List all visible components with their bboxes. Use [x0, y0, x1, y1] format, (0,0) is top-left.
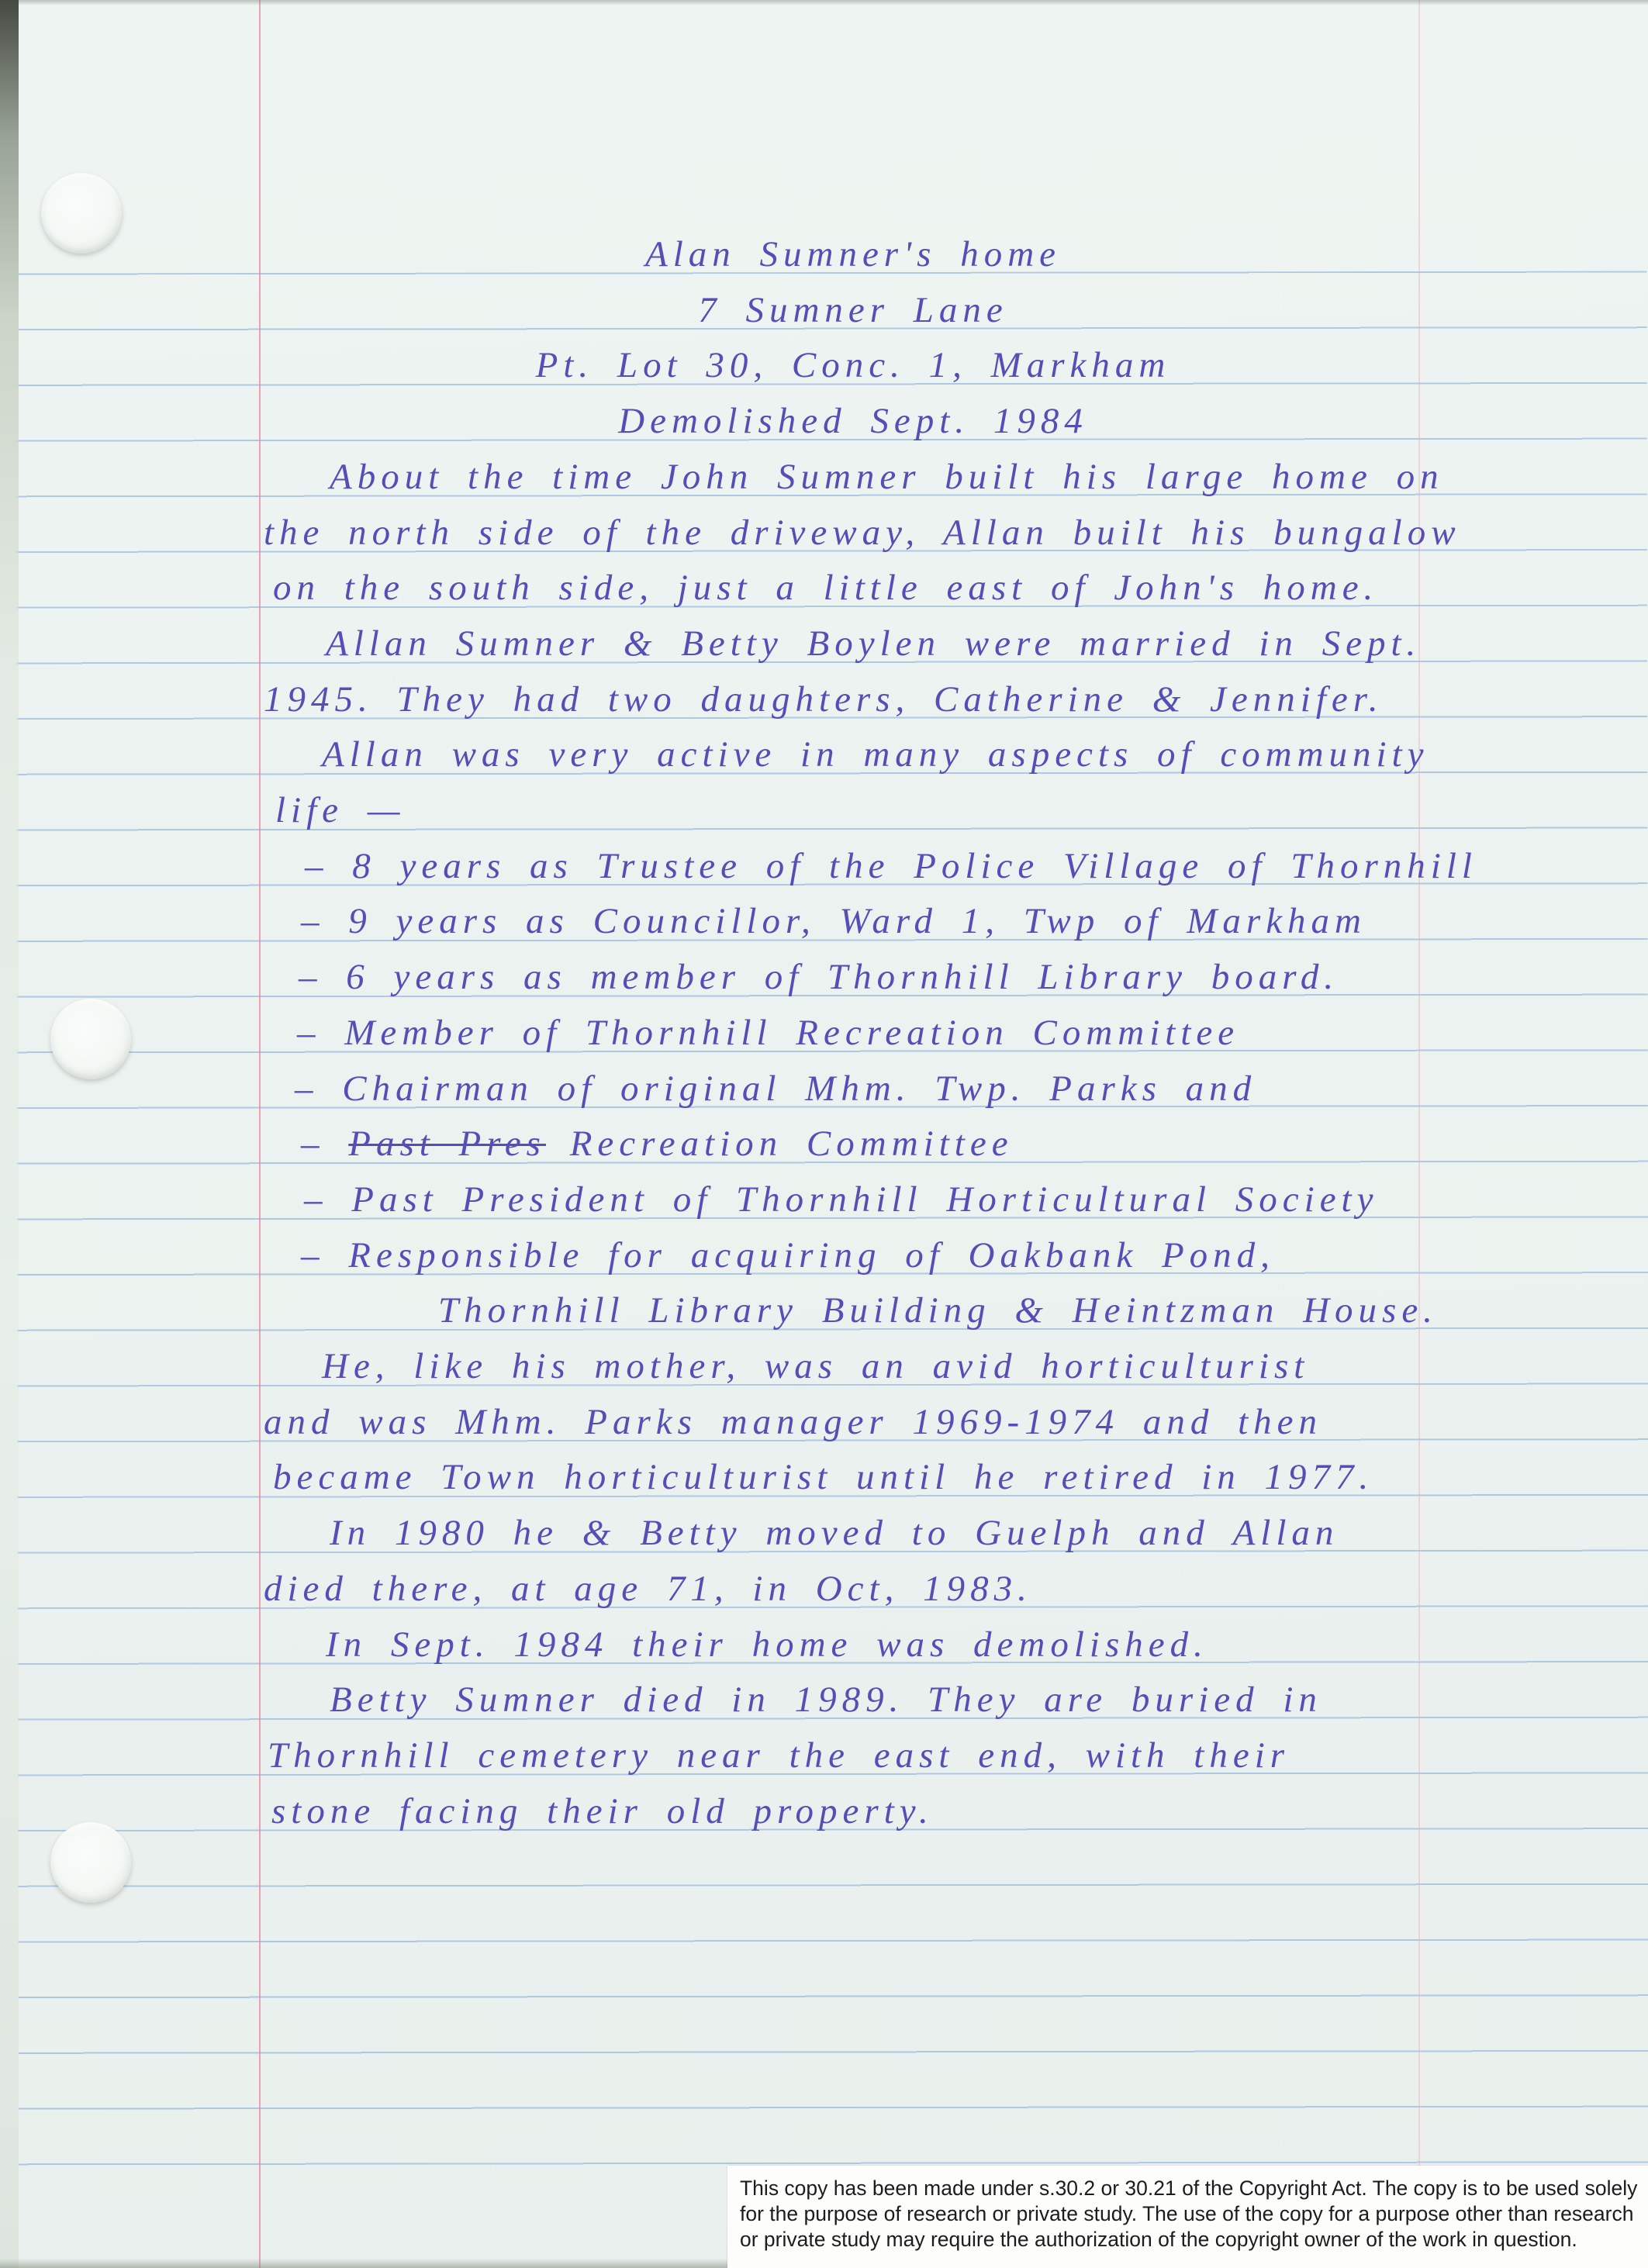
copyright-line: This copy has been made under s.30.2 or …: [740, 2176, 1640, 2201]
handwritten-text: and was Mhm. Parks manager 1969-1974 and…: [264, 1402, 1322, 1442]
copyright-notice: This copy has been made under s.30.2 or …: [727, 2166, 1648, 2268]
handwritten-text: In 1980 he & Betty moved to Guelph and A…: [330, 1513, 1339, 1553]
handwriting-line: died there, at age 71, in Oct, 1983.: [264, 1564, 1032, 1614]
handwritten-text: became Town horticulturist until he reti…: [273, 1457, 1373, 1497]
handwriting-line: – Past President of Thornhill Horticultu…: [304, 1175, 1378, 1224]
handwritten-text: He, like his mother, was an avid horticu…: [322, 1346, 1309, 1386]
handwriting-line: and was Mhm. Parks manager 1969-1974 and…: [264, 1397, 1322, 1447]
handwriting-line: Allan Sumner & Betty Boylen were married…: [326, 619, 1421, 668]
handwritten-text: 7 Sumner Lane: [698, 290, 1008, 330]
handwritten-text: – Past President of Thornhill Horticultu…: [304, 1179, 1378, 1220]
handwriting-line: Pt. Lot 30, Conc. 1, Markham: [264, 340, 1442, 390]
handwritten-text: Alan Sumner's home: [645, 234, 1061, 274]
handwritten-text: 1945. They had two daughters, Catherine …: [264, 679, 1384, 720]
handwritten-text: Demolished Sept. 1984: [618, 401, 1088, 441]
struck-text: Past Pres: [348, 1124, 546, 1164]
handwritten-text: – 6 years as member of Thornhill Library…: [299, 957, 1339, 997]
handwriting-line: In Sept. 1984 their home was demolished.: [326, 1620, 1208, 1669]
handwritten-text: stone facing their old property.: [271, 1791, 934, 1831]
handwritten-text: the north side of the driveway, Allan bu…: [264, 513, 1461, 553]
handwriting-line: Betty Sumner died in 1989. They are buri…: [330, 1675, 1322, 1724]
handwriting-line: on the south side, just a little east of…: [273, 563, 1378, 613]
handwritten-text: – Member of Thornhill Recreation Committ…: [297, 1013, 1239, 1053]
handwritten-text: Pt. Lot 30, Conc. 1, Markham: [536, 345, 1171, 385]
copyright-line: for the purpose of research or private s…: [740, 2201, 1640, 2227]
handwritten-text: – Responsible for acquiring of Oakbank P…: [301, 1235, 1275, 1276]
handwriting-line: Demolished Sept. 1984: [264, 396, 1442, 446]
handwriting-line: became Town horticulturist until he reti…: [273, 1452, 1373, 1502]
handwriting-line: 1945. They had two daughters, Catherine …: [264, 675, 1384, 724]
handwritten-text: Betty Sumner died in 1989. They are buri…: [330, 1679, 1322, 1720]
handwriting-line: – Past Pres Recreation Committee: [301, 1119, 1014, 1169]
handwritten-text: Allan Sumner & Betty Boylen were married…: [326, 623, 1421, 664]
handwritten-text: – Chairman of original Mhm. Twp. Parks a…: [295, 1068, 1256, 1109]
handwriting-line: In 1980 he & Betty moved to Guelph and A…: [330, 1508, 1339, 1558]
handwritten-text: on the south side, just a little east of…: [273, 568, 1378, 608]
handwritten-text: – 8 years as Trustee of the Police Villa…: [305, 846, 1477, 886]
handwritten-text: Thornhill cemetery near the east end, wi…: [268, 1735, 1290, 1776]
handwritten-text: In Sept. 1984 their home was demolished.: [326, 1624, 1208, 1665]
handwriting-line: Thornhill Library Building & Heintzman H…: [438, 1286, 1438, 1335]
handwriting-layer: Alan Sumner's home7 Sumner LanePt. Lot 3…: [0, 0, 1648, 2268]
handwritten-text: Allan was very active in many aspects of…: [322, 734, 1429, 775]
scanned-notebook-page: Alan Sumner's home7 Sumner LanePt. Lot 3…: [0, 0, 1648, 2268]
paper-left-edge: [0, 0, 19, 2268]
handwritten-text: About the time John Sumner built his lar…: [330, 457, 1444, 497]
handwriting-line: Alan Sumner's home: [264, 230, 1442, 279]
handwriting-line: Thornhill cemetery near the east end, wi…: [268, 1731, 1290, 1780]
handwriting-line: – Chairman of original Mhm. Twp. Parks a…: [295, 1064, 1256, 1113]
handwritten-text: life —: [275, 790, 406, 830]
handwriting-line: – 9 years as Councillor, Ward 1, Twp of …: [301, 896, 1366, 946]
handwritten-text: died there, at age 71, in Oct, 1983.: [264, 1569, 1032, 1609]
handwriting-line: life —: [275, 785, 406, 835]
handwriting-line: – 6 years as member of Thornhill Library…: [299, 952, 1339, 1002]
handwriting-line: He, like his mother, was an avid horticu…: [322, 1341, 1309, 1391]
handwriting-line: – Responsible for acquiring of Oakbank P…: [301, 1231, 1275, 1280]
handwriting-line: stone facing their old property.: [271, 1786, 934, 1836]
paper-top-edge: [0, 0, 1648, 5]
copyright-line: or private study may require the authori…: [740, 2227, 1640, 2252]
handwriting-line: 7 Sumner Lane: [264, 285, 1442, 335]
handwriting-line: Allan was very active in many aspects of…: [322, 730, 1429, 779]
handwriting-line: the north side of the driveway, Allan bu…: [264, 508, 1461, 558]
handwritten-text: Recreation Committee: [546, 1124, 1014, 1164]
handwriting-line: – Member of Thornhill Recreation Committ…: [297, 1008, 1239, 1058]
handwritten-text: Thornhill Library Building & Heintzman H…: [438, 1290, 1438, 1331]
handwritten-text: –: [301, 1124, 348, 1164]
handwritten-text: – 9 years as Councillor, Ward 1, Twp of …: [301, 901, 1366, 941]
handwriting-line: About the time John Sumner built his lar…: [330, 452, 1444, 502]
handwriting-line: – 8 years as Trustee of the Police Villa…: [305, 841, 1477, 891]
